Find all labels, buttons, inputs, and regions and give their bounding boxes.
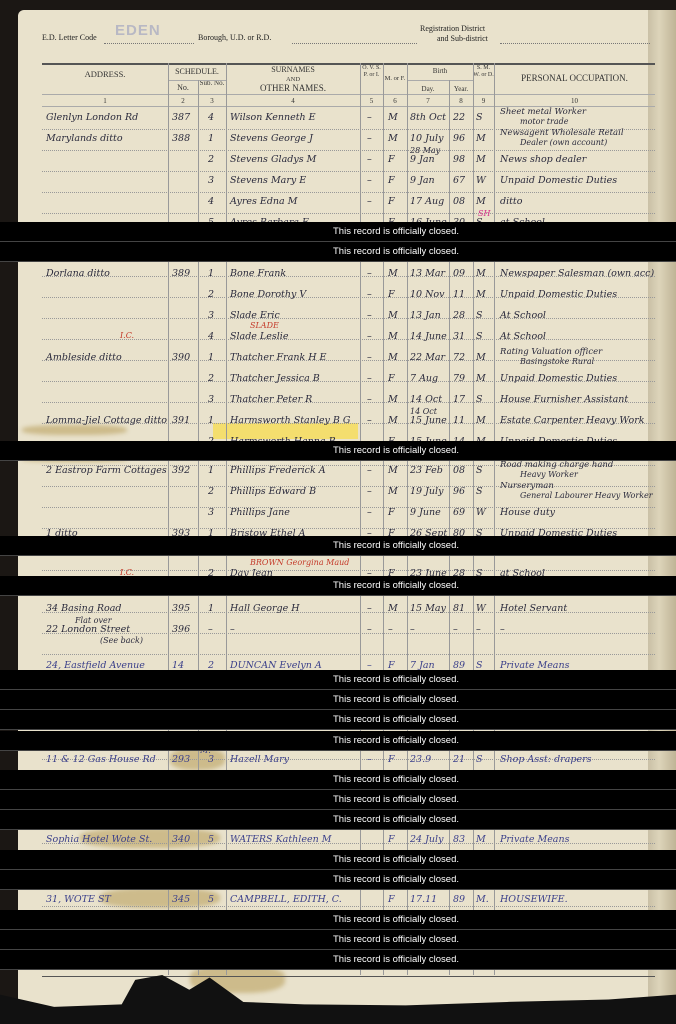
col-birth: Birth bbox=[407, 68, 473, 76]
birth-year: 11 bbox=[453, 415, 465, 426]
occupation: Newspaper Salesman (own acc) bbox=[500, 268, 654, 279]
ovspi: – bbox=[367, 112, 372, 123]
birth-day: 13 Jan bbox=[410, 310, 441, 321]
ovspi: – bbox=[367, 486, 372, 497]
column-rule bbox=[407, 63, 408, 975]
birth-year: 67 bbox=[453, 175, 465, 186]
schedule-sub: 2 bbox=[208, 486, 214, 497]
occupation: – bbox=[500, 624, 505, 635]
birth-day: 9 Jan bbox=[410, 154, 435, 165]
birth-year: 69 bbox=[453, 507, 465, 518]
birth-day: 17.11 bbox=[410, 894, 437, 905]
row-rule bbox=[42, 633, 655, 634]
birth-year: 09 bbox=[453, 268, 465, 279]
column-rule bbox=[360, 63, 361, 975]
sex: M bbox=[388, 133, 398, 144]
closed-record-text: This record is officially closed. bbox=[333, 536, 459, 555]
sex: F bbox=[388, 754, 395, 765]
schedule-no: 389 bbox=[172, 268, 190, 279]
occupation: At School bbox=[500, 331, 546, 342]
address: 31, WOTE ST bbox=[46, 894, 111, 905]
address: 34 Basing Road bbox=[46, 603, 122, 614]
sex: F bbox=[388, 834, 395, 845]
name: Harmsworth Stanley B G bbox=[230, 415, 350, 426]
birth-day: 17 Aug bbox=[410, 196, 444, 207]
closed-record-bar: This record is officially closed. bbox=[0, 870, 676, 890]
col-surnames: SURNAMES bbox=[226, 66, 360, 75]
occupation-line2: motor trade bbox=[520, 117, 568, 126]
closed-record-bar: This record is officially closed. bbox=[0, 770, 676, 790]
address: 2 Eastrop Farm Cottages bbox=[46, 465, 167, 476]
marital-status: M bbox=[476, 196, 486, 207]
ovspi: – bbox=[367, 754, 372, 765]
schedule-sub: 1 bbox=[208, 268, 214, 279]
birth-year: 83 bbox=[453, 834, 465, 845]
column-rule bbox=[473, 63, 474, 975]
sex: M bbox=[388, 352, 398, 363]
name: Stevens Mary E bbox=[230, 175, 306, 186]
closed-record-text: This record is officially closed. bbox=[333, 950, 459, 969]
schedule-divider bbox=[168, 80, 226, 81]
birth-day: 10 July bbox=[410, 133, 443, 144]
ovspi: – bbox=[367, 310, 372, 321]
birth-year: 79 bbox=[453, 373, 465, 384]
name: Phillips Edward B bbox=[230, 486, 316, 497]
closed-record-bar: This record is officially closed. bbox=[0, 790, 676, 810]
ovspi: – bbox=[367, 289, 372, 300]
birth-day: 9 June bbox=[410, 507, 441, 518]
marital-status: S bbox=[476, 465, 483, 476]
column-number: 1 bbox=[42, 97, 168, 105]
sex: M bbox=[388, 465, 398, 476]
marital-status: S bbox=[476, 394, 483, 405]
birth-divider bbox=[407, 80, 473, 81]
birth-day: 19 July bbox=[410, 486, 443, 497]
address: Ambleside ditto bbox=[46, 352, 122, 363]
occupation: Unpaid Domestic Duties bbox=[500, 175, 617, 186]
dotted-line bbox=[104, 43, 194, 44]
row-rule bbox=[42, 171, 655, 172]
birth-day: 23 Feb bbox=[410, 465, 443, 476]
occupation: Private Means bbox=[500, 834, 569, 845]
name: Wilson Kenneth E bbox=[230, 112, 316, 123]
closed-record-bar: This record is officially closed. bbox=[0, 810, 676, 830]
marital-status: M bbox=[476, 133, 486, 144]
dotted-line bbox=[500, 43, 650, 44]
sex: F bbox=[388, 507, 395, 518]
col-occupation: PERSONAL OCCUPATION. bbox=[494, 74, 655, 84]
name: Bone Frank bbox=[230, 268, 286, 279]
birth-year: 17 bbox=[453, 394, 465, 405]
schedule-sub: 1 bbox=[208, 415, 214, 426]
schedule-sub: 4 bbox=[208, 331, 214, 342]
column-number: 8 bbox=[449, 97, 473, 105]
marital-status: M bbox=[476, 289, 486, 300]
ovspi: – bbox=[367, 465, 372, 476]
birth-year: 96 bbox=[453, 486, 465, 497]
ic-annotation: I.C. bbox=[120, 331, 134, 340]
closed-record-text: This record is officially closed. bbox=[333, 810, 459, 829]
sex: M bbox=[388, 603, 398, 614]
birth-day: 9 Jan bbox=[410, 175, 435, 186]
marital-status: S bbox=[476, 331, 483, 342]
schedule-sub: 3 bbox=[208, 394, 214, 405]
schedule-no: 388 bbox=[172, 133, 190, 144]
sh-annotation: SH bbox=[478, 209, 490, 218]
closed-record-bar: This record is officially closed. bbox=[0, 850, 676, 870]
birth-day: 14 June bbox=[410, 331, 447, 342]
address: Lomma-Jiel Cottage ditto bbox=[46, 415, 167, 426]
col-address: ADDRESS. bbox=[42, 70, 168, 79]
ovspi: – bbox=[367, 196, 372, 207]
name-correction: BROWN Georgina Maud bbox=[250, 558, 349, 567]
closed-record-bar: This record is officially closed. bbox=[0, 930, 676, 950]
address: Sophia Hotel Wote St. bbox=[46, 834, 152, 845]
closed-record-bar: This record is officially closed. bbox=[0, 950, 676, 970]
column-number: 4 bbox=[226, 97, 360, 105]
col-sched-sub: Sub. No. bbox=[198, 80, 226, 88]
address-note: Flat over bbox=[75, 616, 112, 625]
schedule-sub: 1 bbox=[208, 133, 214, 144]
closed-record-text: This record is officially closed. bbox=[333, 710, 459, 729]
schedule-sub: 3 bbox=[208, 310, 214, 321]
birth-day: 14 Oct bbox=[410, 394, 442, 405]
header-rule bbox=[42, 63, 655, 65]
schedule-sub: 1 bbox=[208, 465, 214, 476]
occupation-line2: Basingstoke Rural bbox=[520, 357, 594, 366]
name: Stevens Gladys M bbox=[230, 154, 316, 165]
ovspi: – bbox=[367, 331, 372, 342]
schedule-no: 345 bbox=[172, 894, 190, 905]
header-divider bbox=[42, 94, 655, 95]
address: 11 & 12 Gas House Rd bbox=[46, 754, 156, 765]
schedule-sub: 5 bbox=[208, 834, 214, 845]
column-number: 9 bbox=[473, 97, 494, 105]
ovspi: – bbox=[367, 415, 372, 426]
schedule-sub: 1 bbox=[208, 352, 214, 363]
marital-status: M bbox=[476, 268, 486, 279]
closed-record-text: This record is officially closed. bbox=[333, 790, 459, 809]
ovspi: – bbox=[367, 133, 372, 144]
marital-status: M bbox=[476, 373, 486, 384]
stain bbox=[22, 425, 127, 435]
name: Ayres Edna M bbox=[230, 196, 297, 207]
birth-day: 23.9 bbox=[410, 754, 431, 765]
schedule-no: 391 bbox=[172, 415, 190, 426]
name: Slade Eric bbox=[230, 310, 280, 321]
schedule-sub: 5 bbox=[208, 894, 214, 905]
column-number: 10 bbox=[494, 97, 655, 105]
sex: F bbox=[388, 373, 395, 384]
address: 22 London Street bbox=[46, 624, 130, 635]
sex: M bbox=[388, 310, 398, 321]
column-number: 6 bbox=[383, 97, 407, 105]
birth-year: 28 bbox=[453, 310, 465, 321]
name: Hall George H bbox=[230, 603, 300, 614]
closed-record-text: This record is officially closed. bbox=[333, 770, 459, 789]
column-number: 5 bbox=[360, 97, 383, 105]
marital-status: M. bbox=[476, 894, 489, 905]
birth-day: 10 Nov bbox=[410, 289, 445, 300]
occupation-line2: Dealer (own account) bbox=[520, 138, 607, 147]
closed-record-bar: This record is officially closed. bbox=[0, 576, 676, 596]
name: Hazell Mary bbox=[230, 754, 289, 765]
closed-record-bar: This record is officially closed. bbox=[0, 536, 676, 556]
name: Thatcher Frank H E bbox=[230, 352, 327, 363]
ovspi: – bbox=[367, 154, 372, 165]
row-rule bbox=[42, 150, 655, 151]
schedule-sub: 2 bbox=[208, 373, 214, 384]
address: Dorlana ditto bbox=[46, 268, 110, 279]
address-line2: (See back) bbox=[100, 636, 143, 645]
col-mf: M. or F. bbox=[383, 75, 407, 82]
birth-year: 98 bbox=[453, 154, 465, 165]
registration-label: Registration District bbox=[420, 24, 485, 33]
sex: M bbox=[388, 268, 398, 279]
name: Bone Dorothy V bbox=[230, 289, 306, 300]
marital-status: M bbox=[476, 352, 486, 363]
birth-year: 08 bbox=[453, 196, 465, 207]
closed-record-text: This record is officially closed. bbox=[333, 222, 459, 241]
ovspi: – bbox=[367, 268, 372, 279]
schedule-sub: 3 bbox=[208, 754, 214, 765]
sex: F bbox=[388, 894, 395, 905]
closed-record-text: This record is officially closed. bbox=[333, 690, 459, 709]
occupation: Unpaid Domestic Duties bbox=[500, 289, 617, 300]
birth-year: – bbox=[453, 624, 458, 635]
occupation: House duty bbox=[500, 507, 555, 518]
sex: M bbox=[388, 415, 398, 426]
birth-day: 13 Mar bbox=[410, 268, 445, 279]
name: Phillips Frederick A bbox=[230, 465, 326, 476]
ovspi: – bbox=[367, 394, 372, 405]
marital-status: S bbox=[476, 754, 483, 765]
occupation: Road making charge hand bbox=[500, 460, 613, 470]
column-number: 7 bbox=[407, 97, 449, 105]
sex: M bbox=[388, 394, 398, 405]
occupation: Newsagent Wholesale Retail bbox=[500, 128, 624, 138]
closed-record-text: This record is officially closed. bbox=[333, 441, 459, 460]
birth-year: 81 bbox=[453, 603, 465, 614]
col-schedule: SCHEDULE. bbox=[168, 68, 226, 77]
occupation: Hotel Servant bbox=[500, 603, 567, 614]
row-rule bbox=[42, 507, 655, 508]
ovspi: – bbox=[367, 352, 372, 363]
closed-record-bar: This record is officially closed. bbox=[0, 670, 676, 690]
closed-record-text: This record is officially closed. bbox=[333, 731, 459, 750]
stain bbox=[100, 888, 220, 908]
closed-record-text: This record is officially closed. bbox=[333, 576, 459, 595]
col-day: Day. bbox=[407, 86, 449, 94]
sex: – bbox=[388, 624, 393, 635]
sex: F bbox=[388, 289, 395, 300]
name: CAMPBELL, EDITH, C. bbox=[230, 894, 342, 905]
birth-day: 15 May bbox=[410, 603, 446, 614]
marital-status: S bbox=[476, 310, 483, 321]
birth-year: 22 bbox=[453, 112, 465, 123]
occupation: Rating Valuation officer bbox=[500, 347, 602, 357]
closed-record-text: This record is officially closed. bbox=[333, 670, 459, 689]
ovspi: – bbox=[367, 507, 372, 518]
row-rule bbox=[42, 654, 655, 655]
closed-record-text: This record is officially closed. bbox=[333, 850, 459, 869]
occupation-line2: General Labourer Heavy Worker bbox=[520, 491, 653, 500]
ovspi: – bbox=[367, 624, 372, 635]
name: – bbox=[230, 624, 235, 635]
closed-record-text: This record is officially closed. bbox=[333, 242, 459, 261]
col-other-names: OTHER NAMES. bbox=[226, 84, 360, 94]
address: Marylands ditto bbox=[46, 133, 123, 144]
schedule-no: 392 bbox=[172, 465, 190, 476]
sex: M bbox=[388, 331, 398, 342]
marital-status: S bbox=[476, 112, 483, 123]
schedule-sub: 1 bbox=[208, 603, 214, 614]
birth-year: 31 bbox=[453, 331, 465, 342]
col-ovspi: O. V. S. P. or I. bbox=[360, 65, 383, 78]
ed-stamp: EDEN bbox=[115, 22, 161, 39]
name: Stevens George J bbox=[230, 133, 313, 144]
occupation: Sheet metal Worker bbox=[500, 107, 586, 117]
schedule-sub: 2 bbox=[208, 154, 214, 165]
occupation-line2: Heavy Worker bbox=[520, 470, 578, 479]
col-year: Year. bbox=[449, 86, 473, 94]
name: Slade Leslie bbox=[230, 331, 288, 342]
closed-record-text: This record is officially closed. bbox=[333, 910, 459, 929]
schedule-no: 396 bbox=[172, 624, 190, 635]
schedule-sub: 4 bbox=[208, 196, 214, 207]
occupation: News shop dealer bbox=[500, 154, 586, 165]
column-number: 3 bbox=[198, 97, 226, 105]
sex: M bbox=[388, 112, 398, 123]
borough-label: Borough, U.D. or R.D. bbox=[198, 33, 271, 42]
closed-record-bar: This record is officially closed. bbox=[0, 222, 676, 242]
marital-status: M bbox=[476, 154, 486, 165]
occupation: Unpaid Domestic Duties bbox=[500, 373, 617, 384]
ovspi: – bbox=[367, 175, 372, 186]
sex: F bbox=[388, 154, 395, 165]
marital-status: M bbox=[476, 415, 486, 426]
name: Thatcher Peter R bbox=[230, 394, 312, 405]
marital-status: W bbox=[476, 507, 486, 518]
birth-year: 08 bbox=[453, 465, 465, 476]
sex: F bbox=[388, 175, 395, 186]
sex: F bbox=[388, 196, 395, 207]
marital-status: W bbox=[476, 175, 486, 186]
closed-record-text: This record is officially closed. bbox=[333, 930, 459, 949]
occupation: House Furnisher Assistant bbox=[500, 394, 628, 405]
column-rule bbox=[494, 63, 495, 975]
name: Thatcher Jessica B bbox=[230, 373, 320, 384]
row-rule bbox=[42, 213, 655, 214]
row-rule bbox=[42, 486, 655, 487]
occupation: HOUSEWIFE. bbox=[500, 894, 568, 905]
birth-day-note: 28 May bbox=[410, 146, 440, 155]
occupation: Nurseryman bbox=[500, 481, 554, 491]
subdistrict-label: and Sub-district bbox=[437, 34, 488, 43]
birth-year: 96 bbox=[453, 133, 465, 144]
row-rule bbox=[42, 192, 655, 193]
closed-record-text: This record is officially closed. bbox=[333, 870, 459, 889]
closed-record-bar: This record is officially closed. bbox=[0, 441, 676, 461]
column-rule bbox=[168, 63, 169, 975]
schedule-sub: 2 bbox=[208, 289, 214, 300]
schedule-sub: – bbox=[208, 624, 213, 635]
occupation: At School bbox=[500, 310, 546, 321]
schedule-sub: 3 bbox=[208, 507, 214, 518]
schedule-no: 293 bbox=[172, 754, 190, 765]
birth-year: 11 bbox=[453, 289, 465, 300]
birth-year: 72 bbox=[453, 352, 465, 363]
birth-year: 89 bbox=[453, 894, 465, 905]
birth-day: 22 Mar bbox=[410, 352, 445, 363]
birth-day: 24 July bbox=[410, 834, 443, 845]
dotted-line bbox=[292, 43, 417, 44]
col-sched-no: No. bbox=[168, 84, 198, 93]
closed-record-bar: This record is officially closed. bbox=[0, 731, 676, 751]
ed-letter-code-label: E.D. Letter Code bbox=[42, 33, 97, 42]
address: Glenlyn London Rd bbox=[46, 112, 138, 123]
schedule-no: 340 bbox=[172, 834, 190, 845]
birth-day: 7 Aug bbox=[410, 373, 438, 384]
occupation: Shop Asst: drapers bbox=[500, 754, 592, 765]
schedule-sub: 4 bbox=[208, 112, 214, 123]
birth-day: – bbox=[410, 624, 415, 635]
column-number: 2 bbox=[168, 97, 198, 105]
schedule-sub: 3 bbox=[208, 175, 214, 186]
ovspi: – bbox=[367, 373, 372, 384]
name: Phillips Jane bbox=[230, 507, 290, 518]
col-smwd: S. M. W. or D. bbox=[473, 65, 494, 78]
marital-status: S bbox=[476, 486, 483, 497]
occupation: Estate Carpenter Heavy Work bbox=[500, 415, 645, 426]
birth-day-note: 14 Oct bbox=[410, 407, 437, 416]
marital-status: M bbox=[476, 834, 486, 845]
sex: M bbox=[388, 486, 398, 497]
schedule-no: 395 bbox=[172, 603, 190, 614]
occupation: ditto bbox=[500, 196, 522, 207]
closed-record-bar: This record is officially closed. bbox=[0, 910, 676, 930]
birth-day: 15 June bbox=[410, 415, 447, 426]
closed-record-bar: This record is officially closed. bbox=[0, 710, 676, 730]
birth-year: 21 bbox=[453, 754, 465, 765]
schedule-no: 387 bbox=[172, 112, 190, 123]
bottom-rule bbox=[42, 976, 655, 977]
column-rule bbox=[226, 63, 227, 975]
row-rule bbox=[42, 906, 655, 907]
marital-status: – bbox=[476, 624, 481, 635]
name: WATERS Kathleen M bbox=[230, 834, 331, 845]
row-rule bbox=[42, 318, 655, 319]
column-rule bbox=[383, 63, 384, 975]
name-correction: SLADE bbox=[250, 321, 279, 330]
closed-record-bar: This record is officially closed. bbox=[0, 690, 676, 710]
birth-day: 8th Oct bbox=[410, 112, 446, 123]
ovspi: – bbox=[367, 603, 372, 614]
schedule-no: 390 bbox=[172, 352, 190, 363]
marital-status: W bbox=[476, 603, 486, 614]
closed-record-bar: This record is officially closed. bbox=[0, 242, 676, 262]
